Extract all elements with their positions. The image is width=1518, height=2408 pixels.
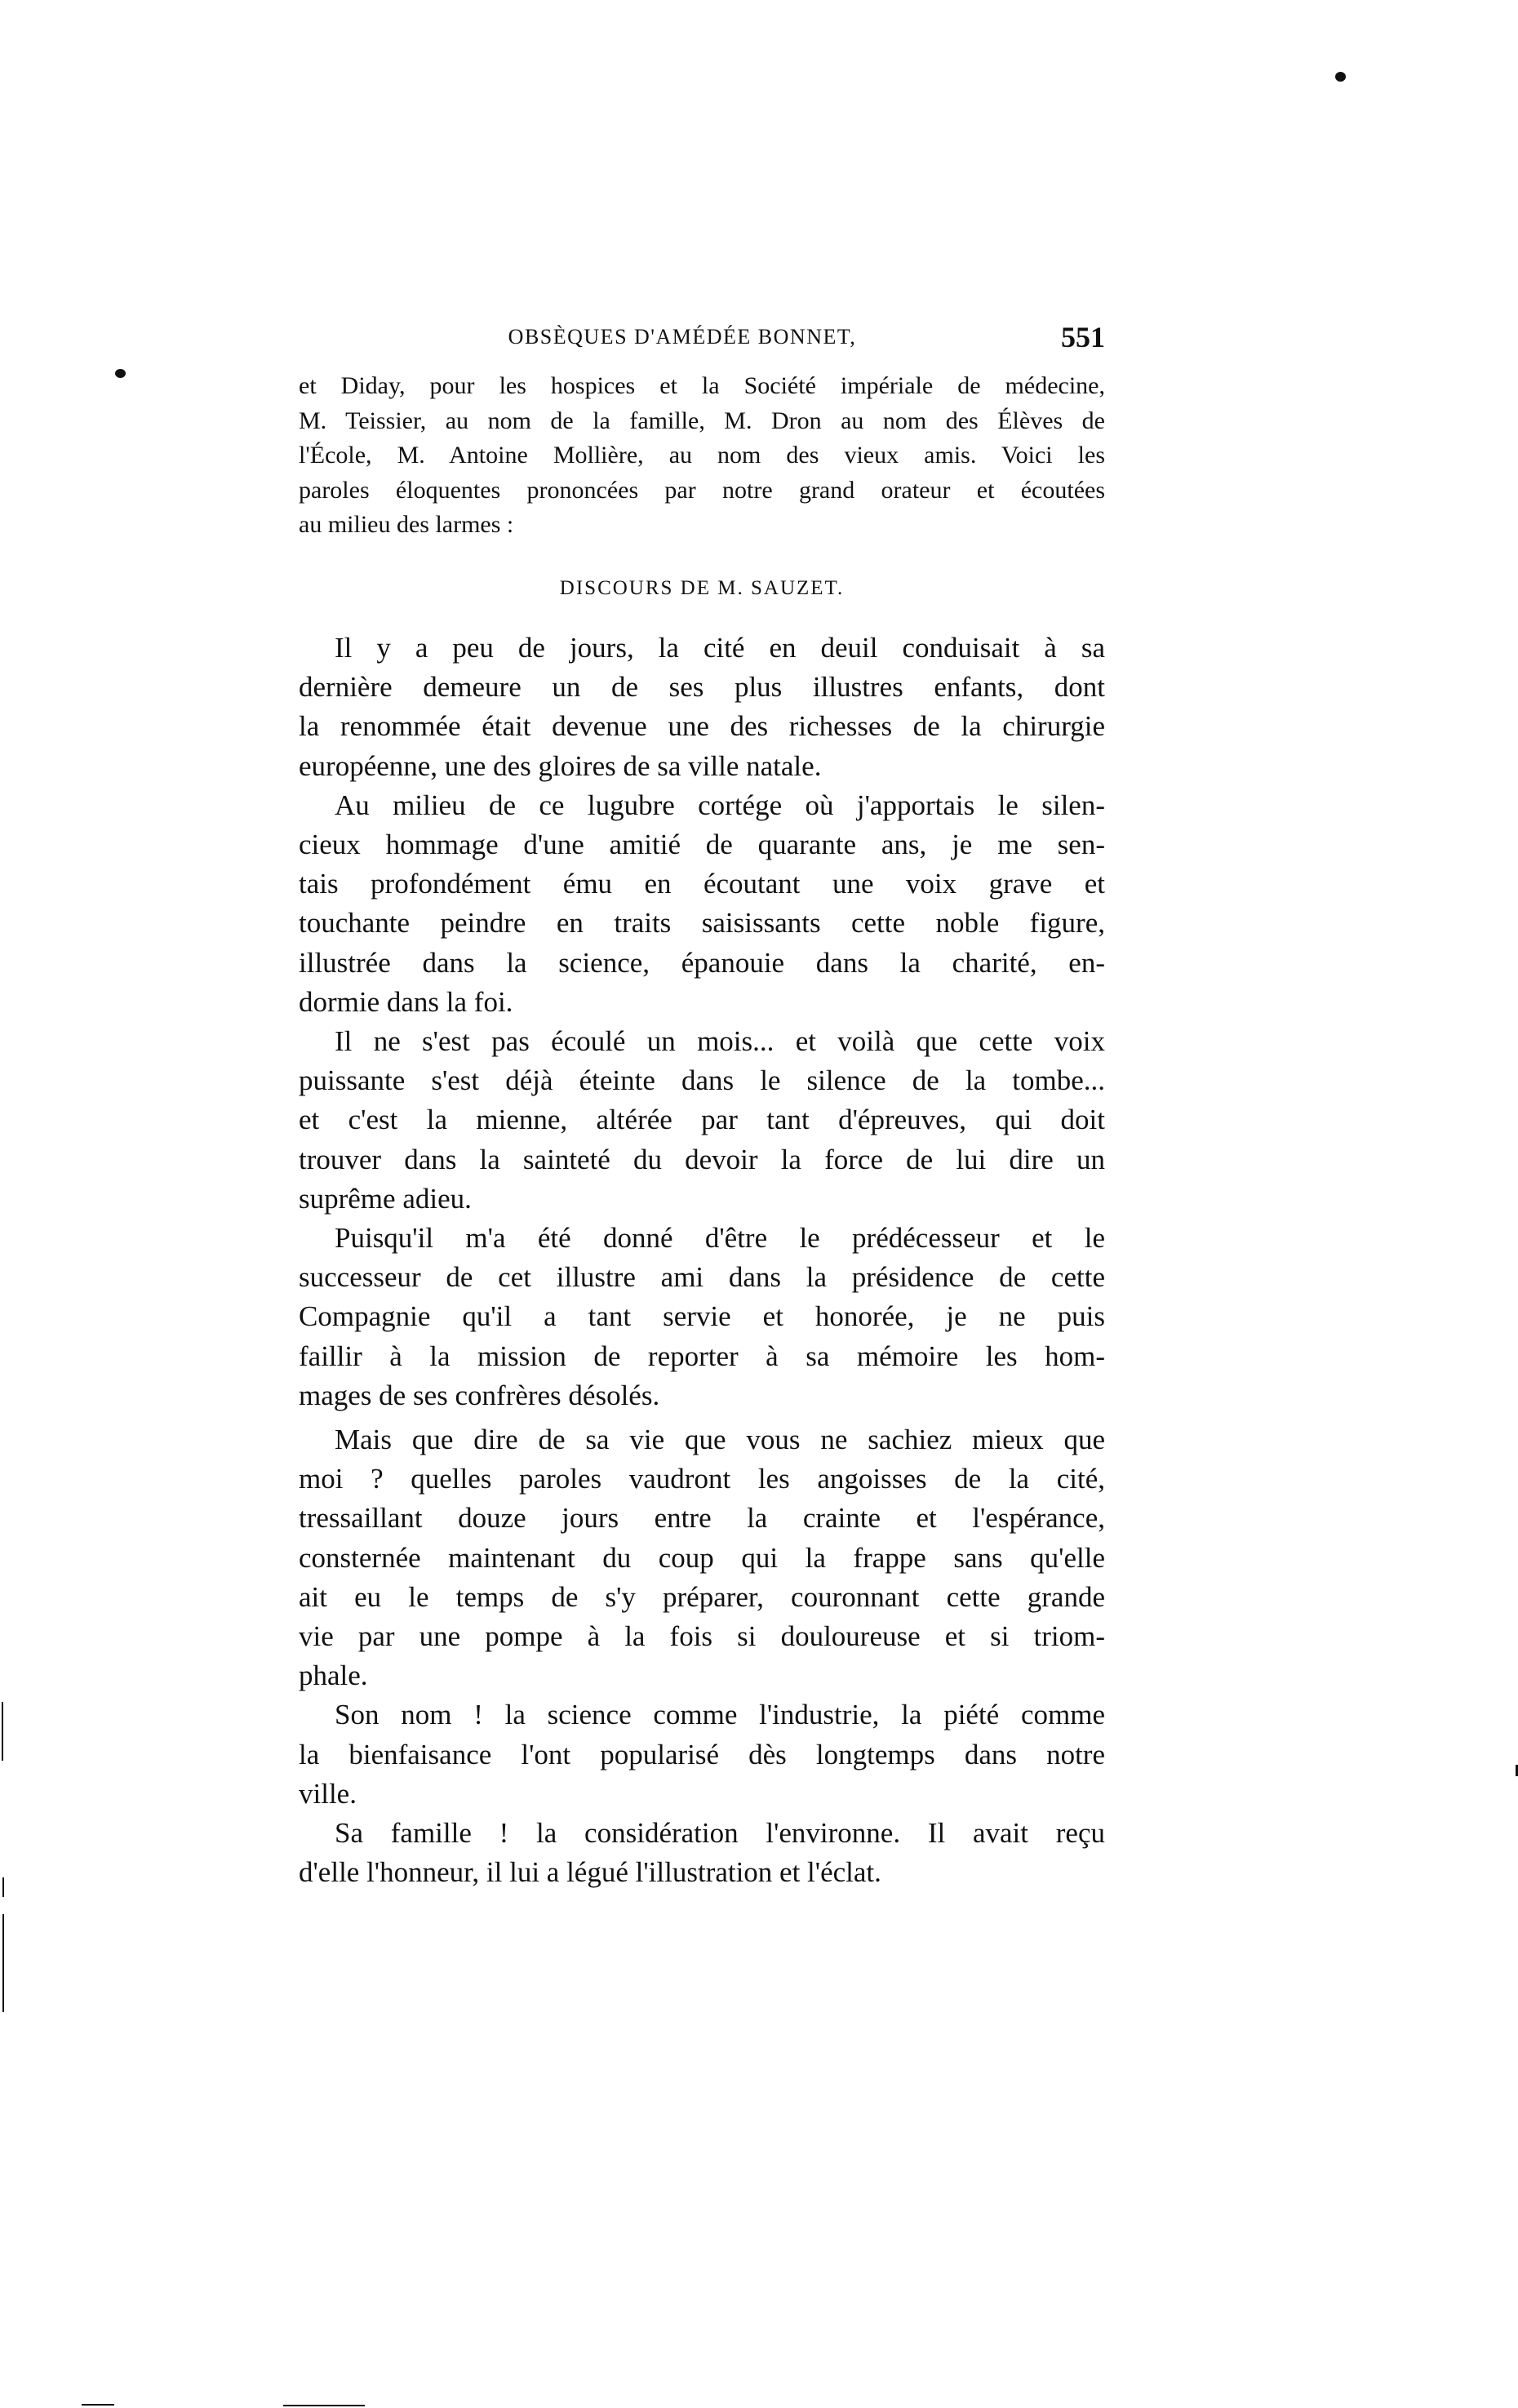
- section-heading: DISCOURS DE M. SAUZET.: [299, 577, 1105, 600]
- speech-body: Il y a peu de jours, la cité en deuil co…: [299, 629, 1105, 1893]
- text-line: illustrée dans la science, épanouie dans…: [299, 944, 1105, 983]
- text-line: Mais que dire de sa vie que vous ne sach…: [299, 1420, 1105, 1459]
- text-line: Il ne s'est pas écoulé un mois... et voi…: [299, 1022, 1105, 1061]
- text-line: touchante peindre en traits saisissants …: [299, 904, 1105, 943]
- running-title: OBSÈQUES D'AMÉDÉE BONNET,: [299, 325, 1066, 349]
- scan-edge-line-1: [2, 1702, 3, 1761]
- text-line: mages de ses confrères désolés.: [299, 1376, 1105, 1415]
- text-line: consternée maintenant du coup qui la fra…: [299, 1539, 1105, 1578]
- text-line: Compagnie qu'il a tant servie et honorée…: [299, 1297, 1105, 1336]
- text-line: dernière demeure un de ses plus illustre…: [299, 668, 1105, 707]
- paragraph: Il ne s'est pas écoulé un mois... et voi…: [299, 1022, 1105, 1219]
- text-line: moi ? quelles paroles vaudront les angoi…: [299, 1459, 1105, 1499]
- text-line: cieux hommage d'une amitié de quarante a…: [299, 825, 1105, 864]
- text-line: ait eu le temps de s'y préparer, couronn…: [299, 1578, 1105, 1617]
- scan-speck-top-right: [1335, 72, 1346, 82]
- text-line: et Diday, pour les hospices et la Sociét…: [299, 369, 1105, 404]
- text-line: phale.: [299, 1656, 1105, 1695]
- text-line: l'École, M. Antoine Mollière, au nom des…: [299, 438, 1105, 473]
- scan-speck-left-margin: [115, 369, 126, 378]
- text-line: tressaillant douze jours entre la craint…: [299, 1499, 1105, 1538]
- text-line: Sa famille ! la considération l'environn…: [299, 1814, 1105, 1853]
- text-line: vie par une pompe à la fois si douloureu…: [299, 1617, 1105, 1656]
- paragraph: Son nom ! la science comme l'industrie, …: [299, 1695, 1105, 1814]
- text-line: d'elle l'honneur, il lui a légué l'illus…: [299, 1853, 1105, 1892]
- text-line: ville.: [299, 1775, 1105, 1814]
- text-line: Il y a peu de jours, la cité en deuil co…: [299, 629, 1105, 668]
- text-line: au milieu des larmes :: [299, 508, 1105, 543]
- text-line: tais profondément ému en écoutant une vo…: [299, 864, 1105, 904]
- text-line: paroles éloquentes prononcées par notre …: [299, 473, 1105, 509]
- text-line: puissante s'est déjà éteinte dans le sil…: [299, 1061, 1105, 1100]
- running-header: OBSÈQUES D'AMÉDÉE BONNET, 551: [299, 320, 1105, 356]
- text-line: Son nom ! la science comme l'industrie, …: [299, 1695, 1105, 1735]
- text-line: la renommée était devenue une des riches…: [299, 707, 1105, 746]
- scan-bottom-line-2: [283, 2405, 365, 2406]
- paragraph: Sa famille ! la considération l'environn…: [299, 1814, 1105, 1892]
- text-line: faillir à la mission de reporter à sa mé…: [299, 1337, 1105, 1376]
- scan-edge-line-2: [2, 1877, 4, 1897]
- paragraph: Puisqu'il m'a été donné d'être le prédéc…: [299, 1219, 1105, 1415]
- intro-paragraph: et Diday, pour les hospices et la Sociét…: [299, 369, 1105, 543]
- book-page: OBSÈQUES D'AMÉDÉE BONNET, 551 et Diday, …: [0, 0, 1518, 2408]
- scan-edge-line-3: [2, 1914, 4, 2012]
- text-line: dormie dans la foi.: [299, 983, 1105, 1022]
- text-line: européenne, une des gloires de sa ville …: [299, 747, 1105, 786]
- paragraph: Mais que dire de sa vie que vous ne sach…: [299, 1420, 1105, 1695]
- text-line: suprême adieu.: [299, 1180, 1105, 1219]
- text-line: Puisqu'il m'a été donné d'être le prédéc…: [299, 1219, 1105, 1258]
- text-line: et c'est la mienne, altérée par tant d'é…: [299, 1100, 1105, 1140]
- text-line: la bienfaisance l'ont popularisé dès lon…: [299, 1735, 1105, 1775]
- text-line: successeur de cet illustre ami dans la p…: [299, 1258, 1105, 1297]
- scan-bottom-line-1: [82, 2404, 114, 2406]
- paragraph: Il y a peu de jours, la cité en deuil co…: [299, 629, 1105, 786]
- text-line: M. Teissier, au nom de la famille, M. Dr…: [299, 404, 1105, 439]
- text-line: Au milieu de ce lugubre cortége où j'app…: [299, 786, 1105, 825]
- page-number: 551: [1061, 320, 1105, 354]
- text-line: trouver dans la sainteté du devoir la fo…: [299, 1140, 1105, 1180]
- paragraph: Au milieu de ce lugubre cortége où j'app…: [299, 786, 1105, 1022]
